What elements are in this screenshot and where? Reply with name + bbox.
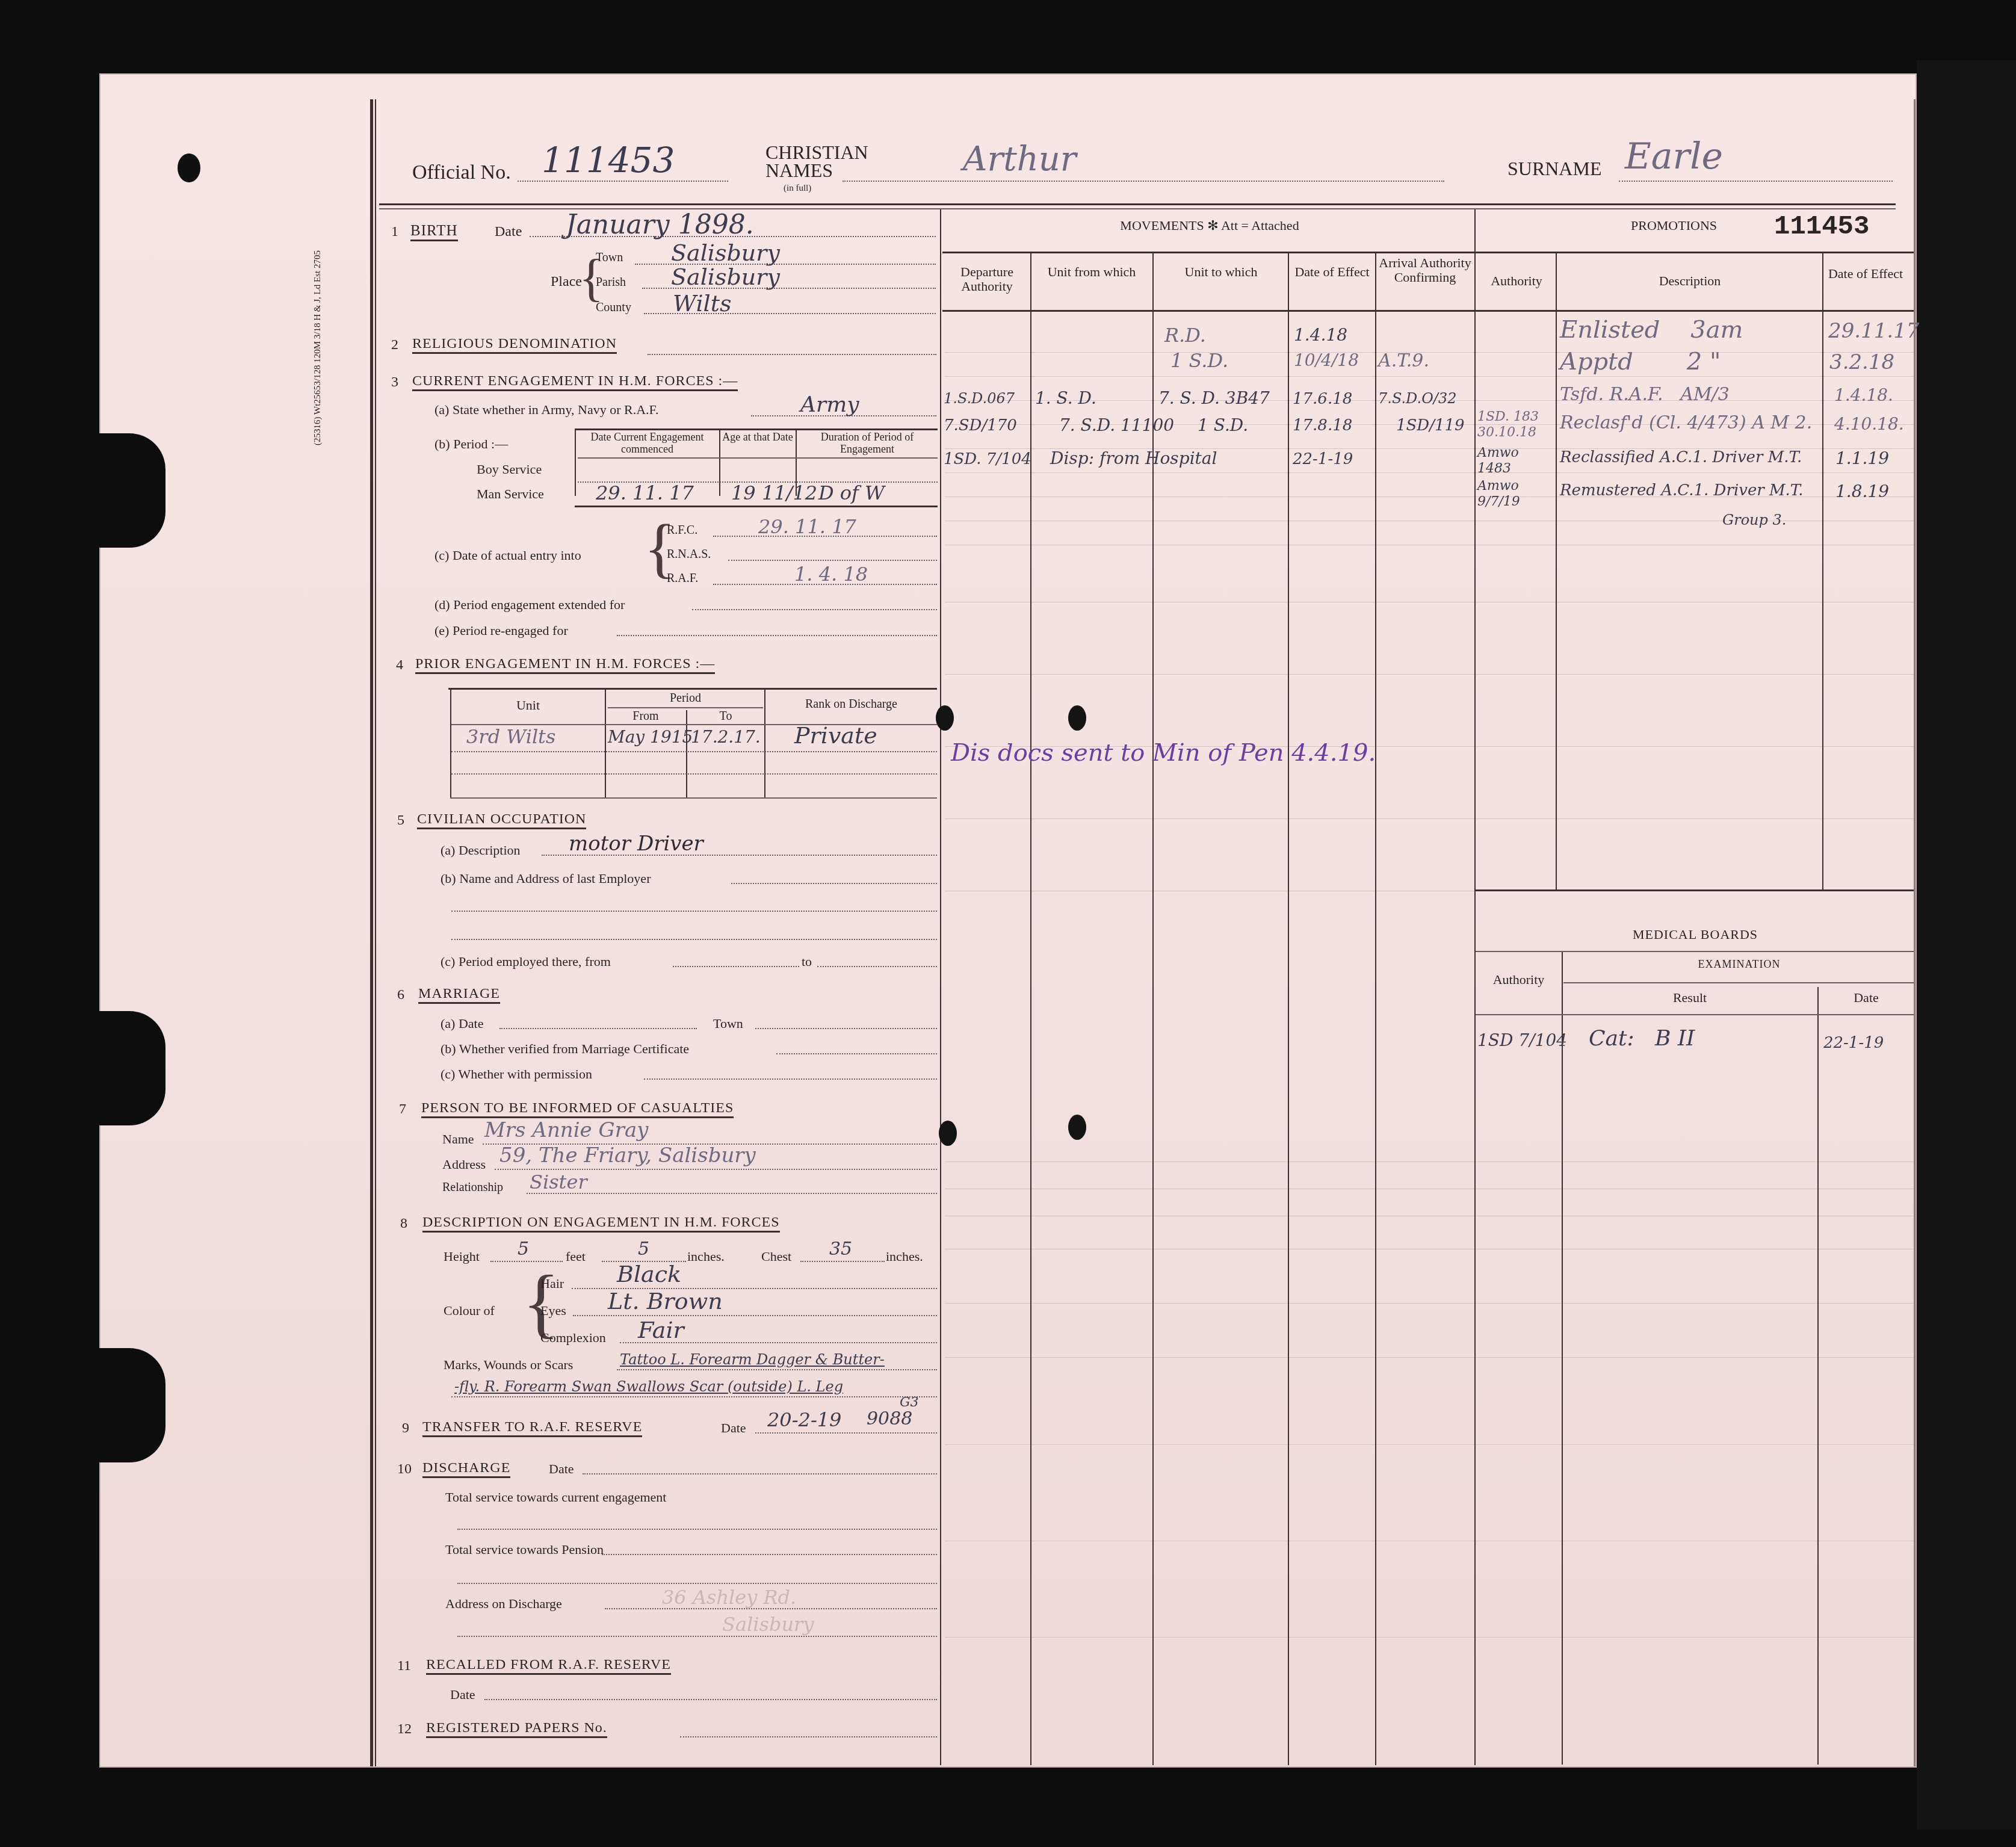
chest-inches-label: inches. — [886, 1249, 923, 1264]
county-label: County — [596, 301, 631, 315]
ledger-line — [945, 1637, 1914, 1638]
promotions-col-rule — [1556, 252, 1557, 889]
mv-row3-date: 17.6.18 — [1293, 390, 1352, 408]
mv-row2-date: 10/4/18 — [1294, 350, 1359, 370]
last-employer-line — [731, 883, 937, 884]
prior-from: May 1915 — [608, 727, 693, 747]
ledger-line — [945, 352, 1914, 353]
inches-label: inches. — [687, 1249, 725, 1264]
marriage-cert-label: (b) Whether verified from Marriage Certi… — [441, 1041, 689, 1057]
prior-table-bottom — [450, 797, 937, 799]
ledger-line — [945, 1444, 1914, 1445]
christian-label-sub: (in full) — [765, 179, 868, 197]
transfer-date-line — [755, 1432, 937, 1434]
total-pension-line — [602, 1554, 937, 1555]
section-11-num: 11 — [397, 1658, 411, 1674]
ledger-line — [945, 818, 1914, 819]
mv-row1-date: 1.4.18 — [1294, 325, 1347, 345]
feet-label: feet — [566, 1249, 586, 1264]
religion-title: RELIGIOUS DENOMINATION — [412, 336, 617, 354]
parish-value: Salisbury — [671, 264, 780, 290]
reengaged-label: (e) Period re-engaged for — [434, 623, 568, 639]
man-service-label: Man Service — [477, 486, 544, 502]
raf-value: 1. 4. 18 — [794, 563, 868, 586]
left-column-divider — [940, 209, 941, 1765]
ledger-line — [945, 472, 1914, 473]
promo-row3-date: 1.4.18. — [1834, 385, 1893, 405]
punch-hole — [936, 705, 954, 731]
mv-row4-departure: 7.SD/170 — [944, 416, 1017, 435]
section-9-num: 9 — [402, 1420, 409, 1437]
discharge-address-line-2 — [457, 1636, 937, 1637]
transfer-ref-value: 9088 — [867, 1408, 912, 1429]
medical-col-rule — [1562, 952, 1563, 1765]
marriage-town-label: Town — [713, 1016, 743, 1032]
casualty-address-line — [495, 1169, 937, 1170]
height-label: Height — [444, 1249, 480, 1264]
marks-label: Marks, Wounds or Scars — [444, 1357, 573, 1373]
last-employer-line-3 — [451, 939, 937, 940]
period-table-top — [575, 428, 938, 430]
christian-names-value: Arthur — [963, 140, 1077, 179]
section-4-num: 4 — [396, 657, 403, 673]
mv-row4-date: 17.8.18 — [1293, 416, 1352, 435]
binder-notch — [99, 433, 165, 548]
total-pension-line-2 — [457, 1583, 937, 1584]
employed-to-line — [817, 966, 937, 967]
mv-row4-arrival: 1SD/119 — [1396, 416, 1465, 435]
section-8-num: 8 — [400, 1216, 407, 1232]
punch-hole — [1068, 705, 1086, 731]
christian-names-label: CHRISTIAN NAMES (in full) — [765, 143, 868, 197]
prior-col-rule — [605, 688, 606, 797]
ledger-line — [945, 1357, 1914, 1358]
surname-label: SURNAME — [1507, 158, 1601, 180]
birth-title: BIRTH — [410, 223, 458, 241]
transfer-date-label: Date — [721, 1420, 746, 1436]
recalled-date-line — [484, 1699, 937, 1700]
christian-label-line2: NAMES — [765, 161, 868, 179]
transfer-annotation: G3 — [900, 1395, 919, 1410]
left-border-rule-inner — [375, 99, 376, 1766]
surname-value: Earle — [1625, 135, 1723, 178]
promo-row4-date: 4.10.18. — [1834, 414, 1904, 434]
mv-row1-to: R.D. — [1164, 324, 1206, 347]
official-no-line — [518, 181, 728, 182]
marriage-town-line — [755, 1028, 937, 1029]
medical-row-date: 22-1-19 — [1823, 1034, 1884, 1052]
prior-row-line — [451, 773, 937, 775]
promotions-title: PROMOTIONS — [1631, 218, 1717, 234]
promo-row7-desc: Group 3. — [1722, 512, 1786, 528]
marriage-permission-line — [644, 1078, 937, 1080]
religion-line — [648, 354, 936, 355]
section-10-num: 10 — [397, 1461, 412, 1477]
movements-header-top — [942, 252, 1474, 253]
discharge-title: DISCHARGE — [422, 1460, 510, 1478]
marks-line — [617, 1369, 937, 1370]
movements-header-unit-from: Unit from which — [1031, 265, 1152, 279]
height-ft-value: 5 — [518, 1239, 529, 1260]
birth-date-value: January 1898. — [566, 209, 754, 240]
ledger-line — [945, 1541, 1914, 1541]
medical-header-result: Result — [1563, 990, 1816, 1006]
binder-notch — [99, 1348, 165, 1462]
casualty-relationship-label: Relationship — [442, 1181, 503, 1195]
army-navy-raf-value: Army — [800, 392, 859, 417]
header-double-rule — [379, 203, 1896, 205]
marriage-title: MARRIAGE — [418, 986, 500, 1004]
movements-note: Dis docs sent to Min of Pen 4.4.19. — [951, 739, 1376, 767]
period-table-bottom — [575, 506, 938, 507]
town-value: Salisbury — [671, 240, 780, 266]
casualty-name-value: Mrs Annie Gray — [484, 1118, 648, 1142]
punch-hole — [1068, 1115, 1086, 1140]
promo-row2-desc: Apptd 2 " — [1560, 348, 1721, 376]
christian-label-line1: CHRISTIAN — [765, 143, 868, 161]
last-employer-line-2 — [451, 911, 937, 912]
promo-row4-authority: 1SD. 183 30.10.18 — [1477, 409, 1554, 441]
mv-row3-departure: 1.S.D.067 — [944, 390, 1015, 407]
chest-value: 35 — [829, 1239, 852, 1260]
rnas-line — [728, 560, 937, 561]
total-pension-label: Total service towards Pension — [445, 1542, 604, 1558]
promo-row1-date: 29.11.17 — [1828, 319, 1919, 343]
medical-exam-rule — [1563, 982, 1915, 983]
prior-period-rule — [608, 707, 763, 708]
ledger-line — [945, 1216, 1914, 1216]
man-service-age: 19 11/12 — [731, 481, 817, 504]
extended-line — [692, 609, 937, 610]
hair-label: Hair — [540, 1276, 564, 1292]
ledger-line — [945, 376, 1914, 377]
prior-engagement-title: PRIOR ENGAGEMENT IN H.M. FORCES :— — [415, 656, 715, 674]
discharge-address-value-2: Salisbury — [722, 1613, 814, 1636]
promotions-stamp-number: 111453 — [1774, 212, 1869, 242]
medical-header-bottom — [1476, 1014, 1915, 1015]
chest-label: Chest — [761, 1249, 791, 1264]
ledger-line — [945, 1189, 1914, 1189]
marriage-cert-line — [776, 1053, 937, 1054]
surname-line — [1619, 181, 1893, 182]
movements-col-rule — [1152, 252, 1154, 1765]
mv-row3-to: 7. S. D. 3B47 — [1158, 388, 1270, 408]
promotions-header-description: Description — [1557, 274, 1822, 288]
prior-header-from: From — [607, 709, 685, 723]
period-header-age: Age at that Date — [721, 431, 794, 443]
total-current-label: Total service towards current engagement — [445, 1490, 666, 1505]
promotions-header-authority: Authority — [1477, 274, 1556, 288]
marks-line-2 — [451, 1396, 937, 1397]
ledger-line — [945, 1303, 1914, 1304]
section-1-num: 1 — [391, 224, 398, 240]
medical-header-authority: Authority — [1476, 972, 1562, 988]
transfer-date-value: 20-2-19 — [767, 1408, 841, 1431]
promo-row5-desc: Reclassified A.C.1. Driver M.T. — [1560, 448, 1802, 466]
hair-value: Black — [617, 1261, 681, 1287]
promotions-header-date: Date of Effect — [1823, 267, 1908, 281]
ledger-line — [945, 602, 1914, 602]
prior-row-line — [451, 751, 937, 752]
prior-header-rank: Rank on Discharge — [765, 697, 937, 711]
official-no-label: Official No. — [412, 161, 511, 184]
promo-row2-date: 3.2.18 — [1829, 350, 1894, 374]
medical-boards-title: MEDICAL BOARDS — [1476, 927, 1915, 942]
promo-row5-authority: Amwo 1483 — [1477, 445, 1554, 477]
army-navy-raf-label: (a) State whether in Army, Navy or R.A.F… — [434, 402, 659, 418]
eyes-line — [573, 1315, 937, 1316]
casualty-relationship-line — [527, 1193, 937, 1194]
section-2-num: 2 — [391, 337, 398, 353]
discharge-date-label: Date — [549, 1461, 574, 1477]
section-5-num: 5 — [397, 812, 404, 829]
section-6-num: 6 — [397, 987, 404, 1003]
eyes-value: Lt. Brown — [608, 1288, 723, 1314]
binder-edge — [1917, 60, 2016, 1830]
casualty-address-label: Address — [442, 1157, 486, 1172]
employed-from-line — [673, 966, 799, 967]
section-3-num: 3 — [391, 374, 398, 391]
prior-header-to: To — [687, 709, 764, 723]
period-employed-to-label: to — [802, 954, 812, 970]
complexion-label: Complexion — [540, 1330, 606, 1346]
medical-top-rule — [1476, 889, 1915, 891]
prior-unit: 3rd Wilts — [466, 725, 555, 748]
eyes-label: Eyes — [540, 1303, 566, 1319]
casualties-title: PERSON TO BE INFORMED OF CASUALTIES — [421, 1100, 734, 1118]
promotions-header-top — [1476, 252, 1915, 253]
promotions-header-bottom — [1476, 310, 1915, 312]
side-imprint: (25316) Wt25653/128 120M 3/18 H & J, Ld … — [313, 250, 323, 445]
man-service-date: 29. 11. 17 — [596, 481, 694, 504]
registered-title: REGISTERED PAPERS No. — [426, 1720, 607, 1738]
medical-col-rule — [1817, 987, 1819, 1765]
boy-service-label: Boy Service — [477, 462, 542, 477]
casualty-name-label: Name — [442, 1131, 474, 1147]
prior-rank: Private — [794, 722, 877, 749]
promo-row6-desc: Remustered A.C.1. Driver M.T. — [1560, 481, 1804, 500]
section-7-num: 7 — [399, 1101, 406, 1118]
movements-col-rule — [1288, 252, 1289, 1765]
period-header-rule — [578, 457, 938, 459]
medical-row-authority: 1SD 7/104 — [1477, 1030, 1567, 1050]
mv-row2-arrival: A.T.9. — [1378, 350, 1429, 371]
mv-row5-departure: 1SD. 7/104 — [944, 450, 1031, 468]
movements-col-rule — [1375, 252, 1376, 1765]
man-service-duration: D of W — [818, 481, 885, 504]
movements-header-date: Date of Effect — [1289, 265, 1375, 279]
movements-title: MOVEMENTS ✻ Att = Attached — [945, 218, 1474, 234]
actual-entry-label: (c) Date of actual entry into — [434, 548, 581, 563]
prior-to: 17.2.17. — [691, 727, 761, 747]
mv-row3-from: 1. S. D. — [1035, 388, 1096, 408]
punch-hole — [939, 1121, 957, 1146]
medical-header-date: Date — [1819, 990, 1914, 1006]
ledger-line — [945, 1162, 1914, 1162]
movements-header-arrival: Arrival Authority Confirming — [1376, 256, 1474, 285]
medical-title-rule — [1476, 951, 1915, 952]
parish-label: Parish — [596, 276, 626, 289]
discharge-date-line — [583, 1473, 937, 1474]
raf-label: R.A.F. — [667, 572, 698, 586]
marriage-date-line — [499, 1028, 697, 1029]
casualty-address-value: 59, The Friary, Salisbury — [499, 1143, 756, 1168]
height-in-value: 5 — [638, 1239, 649, 1260]
occupation-description-value: motor Driver — [569, 832, 703, 856]
medical-row-result: Cat: B II — [1589, 1026, 1695, 1051]
transfer-title: TRANSFER TO R.A.F. RESERVE — [422, 1419, 642, 1437]
period-col-rule — [575, 428, 576, 496]
movements-header-bottom — [942, 310, 1474, 312]
christian-names-line — [843, 181, 1444, 182]
civilian-occupation-title: CIVILIAN OCCUPATION — [417, 811, 586, 829]
current-engagement-title: CURRENT ENGAGEMENT IN H.M. FORCES :— — [412, 373, 738, 391]
punch-hole — [178, 153, 200, 182]
movements-header-departure: Departure Authority — [944, 265, 1030, 294]
medical-header-examination: EXAMINATION — [1563, 958, 1915, 971]
binder-notch — [99, 1011, 165, 1125]
promo-row6-authority: Amwo 9/7/19 — [1477, 478, 1554, 510]
right-page-edge — [1914, 99, 1916, 1766]
promo-row4-desc: Reclasf'd (Cl. 4/473) A M 2. — [1560, 412, 1812, 433]
birth-date-label: Date — [495, 224, 522, 240]
rfc-label: R.F.C. — [667, 524, 697, 537]
chest-line — [800, 1261, 885, 1262]
discharge-address-value-1: 36 Ashley Rd. — [662, 1586, 796, 1609]
extended-label: (d) Period engagement extended for — [434, 597, 625, 613]
period-label: (b) Period :— — [434, 436, 508, 452]
casualty-relationship-value: Sister — [530, 1171, 587, 1193]
ledger-line — [945, 674, 1914, 675]
mv-row4-from: 7. S.D. 11100 — [1059, 415, 1174, 435]
mv-row2-to: 1 S.D. — [1170, 349, 1228, 372]
rfc-value: 29. 11. 17 — [758, 515, 856, 538]
county-value: Wilts — [673, 290, 731, 317]
mv-row5-date: 22-1-19 — [1293, 450, 1353, 468]
mv-row5-from: Disp: from Hospital — [1050, 448, 1217, 468]
registered-line — [680, 1736, 937, 1737]
marriage-date-label: (a) Date — [441, 1016, 483, 1032]
period-employed-label: (c) Period employed there, from — [441, 954, 611, 970]
rnas-label: R.N.A.S. — [667, 548, 711, 562]
prior-header-period: Period — [607, 691, 764, 705]
ledger-line — [945, 545, 1914, 545]
movements-col-rule — [1030, 252, 1031, 1765]
last-employer-label: (b) Name and Address of last Employer — [441, 871, 651, 886]
marks-value-line1: Tattoo L. Forearm Dagger & Butter- — [620, 1351, 885, 1368]
section-12-num: 12 — [397, 1721, 412, 1737]
movements-header-unit-to: Unit to which — [1154, 265, 1288, 279]
prior-header-unit: Unit — [451, 698, 605, 713]
period-col-rule — [719, 428, 720, 496]
left-border-rule — [370, 99, 373, 1766]
marriage-permission-label: (c) Whether with permission — [441, 1066, 592, 1082]
colour-of-label: Colour of — [444, 1303, 495, 1319]
description-title: DESCRIPTION ON ENGAGEMENT IN H.M. FORCES — [422, 1214, 780, 1233]
discharge-address-label: Address on Discharge — [445, 1596, 562, 1612]
marks-value-line2: -fly. R. Forearm Swan Swallows Scar (out… — [454, 1378, 843, 1395]
promo-row3-desc: Tsfd. R.A.F. AM/3 — [1560, 384, 1730, 405]
occupation-description-label: (a) Description — [441, 843, 521, 858]
recalled-date-label: Date — [450, 1687, 475, 1703]
official-no-value: 111453 — [542, 140, 675, 181]
recalled-title: RECALLED FROM R.A.F. RESERVE — [426, 1657, 671, 1675]
period-header-duration: Duration of Period of Engagement — [797, 431, 937, 455]
place-label: Place — [551, 274, 582, 290]
mv-row3-arrival: 7.S.D.O/32 — [1378, 390, 1456, 407]
promotions-col-rule — [1822, 252, 1823, 889]
period-header-date: Date Current Engagement commenced — [577, 431, 718, 455]
town-label: Town — [596, 251, 623, 265]
ledger-line — [945, 1249, 1914, 1249]
reengaged-line — [617, 635, 937, 636]
complexion-value: Fair — [638, 1317, 684, 1343]
total-current-line — [457, 1529, 937, 1530]
promo-row1-desc: Enlisted 3am — [1560, 316, 1743, 344]
mv-row4-to: 1 S.D. — [1198, 415, 1248, 435]
promo-row6-date: 1.8.19 — [1835, 481, 1889, 501]
prior-table-top — [448, 688, 937, 690]
promo-row5-date: 1.1.19 — [1835, 448, 1889, 468]
